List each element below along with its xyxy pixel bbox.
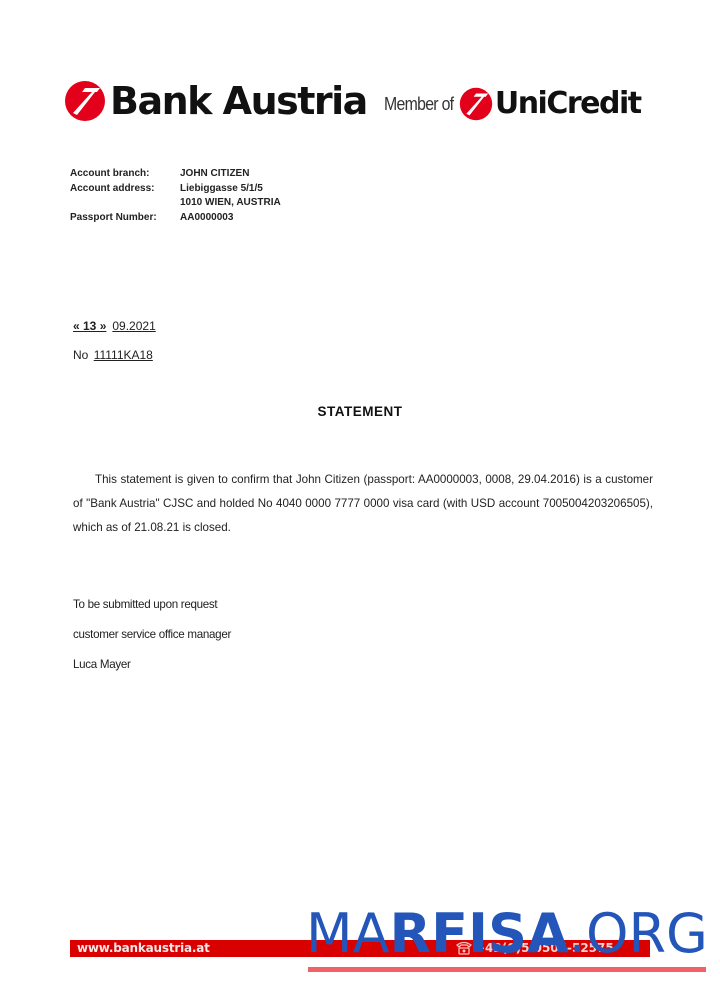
document-number: No 11111KA18 [73, 348, 153, 362]
date-month-year: 09.2021 [112, 319, 155, 333]
footer-website-link[interactable]: www.bankaustria.at [77, 941, 210, 956]
unicredit-wordmark: UniCredit [495, 89, 641, 119]
watermark-text: MARFISA.ORG [306, 907, 708, 961]
signatory-title: customer service office manager [73, 626, 231, 656]
watermark-part-2: RFISA [390, 902, 569, 965]
passport-number-row: Passport Number: AA0000003 [70, 211, 281, 226]
closing-note: To be submitted upon request [73, 596, 231, 626]
watermark-underline [308, 967, 706, 972]
closing-block: To be submitted upon request customer se… [73, 596, 231, 686]
watermark-part-1: MA [306, 902, 390, 965]
document-date: « 13 »09.2021 [73, 319, 156, 333]
unicredit-logo: Member of UniCredit [384, 86, 641, 122]
account-info: Account branch: JOHN CITIZEN Account add… [70, 167, 281, 225]
document-number-value: 11111KA18 [94, 348, 153, 362]
account-branch-label: Account branch: [70, 167, 180, 182]
unicredit-mark-icon [64, 80, 106, 122]
account-address-city: 1010 WIEN, AUSTRIA [180, 196, 281, 211]
passport-number-value: AA0000003 [180, 211, 233, 226]
bank-austria-logo: Bank Austria [64, 78, 367, 124]
account-address-row-2: 1010 WIEN, AUSTRIA [70, 196, 281, 211]
account-address-label-2 [70, 196, 180, 211]
member-of-label: Member of [384, 94, 453, 115]
document-number-label: No [73, 348, 88, 362]
unicredit-mark-icon [459, 87, 493, 121]
signatory-name: Luca Mayer [73, 656, 231, 686]
statement-body: This statement is given to confirm that … [73, 468, 653, 540]
bank-austria-wordmark: Bank Austria [110, 82, 367, 120]
date-day: « 13 » [73, 319, 106, 333]
document-title: STATEMENT [0, 404, 720, 419]
account-branch-row: Account branch: JOHN CITIZEN [70, 167, 281, 182]
watermark-part-3: .ORG [569, 902, 708, 965]
passport-number-label: Passport Number: [70, 211, 180, 226]
account-address-row: Account address: Liebiggasse 5/1/5 [70, 182, 281, 197]
account-branch-value: JOHN CITIZEN [180, 167, 249, 182]
account-address-label: Account address: [70, 182, 180, 197]
account-address-value: Liebiggasse 5/1/5 [180, 182, 263, 197]
